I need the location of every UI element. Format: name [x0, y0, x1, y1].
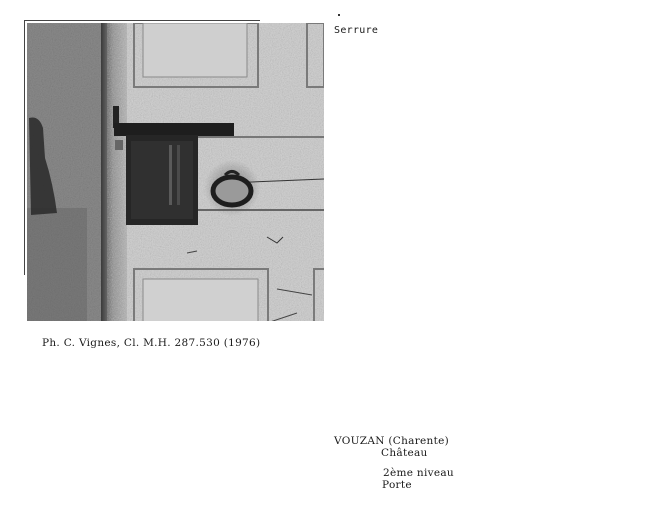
photo-credit: Ph. C. Vignes, Cl. M.H. 287.530 (1976) — [42, 337, 260, 349]
location-label: VOUZAN (Charente) — [334, 435, 449, 447]
door-lock-photo — [27, 23, 324, 321]
building-label: Château — [381, 447, 428, 459]
subject-label: Serrure — [334, 25, 378, 36]
level-label: 2ème niveau — [383, 467, 454, 479]
frame-border-left — [24, 20, 25, 275]
object-label: Porte — [382, 479, 412, 491]
reference-dot — [338, 14, 340, 16]
frame-border-top — [24, 20, 260, 21]
